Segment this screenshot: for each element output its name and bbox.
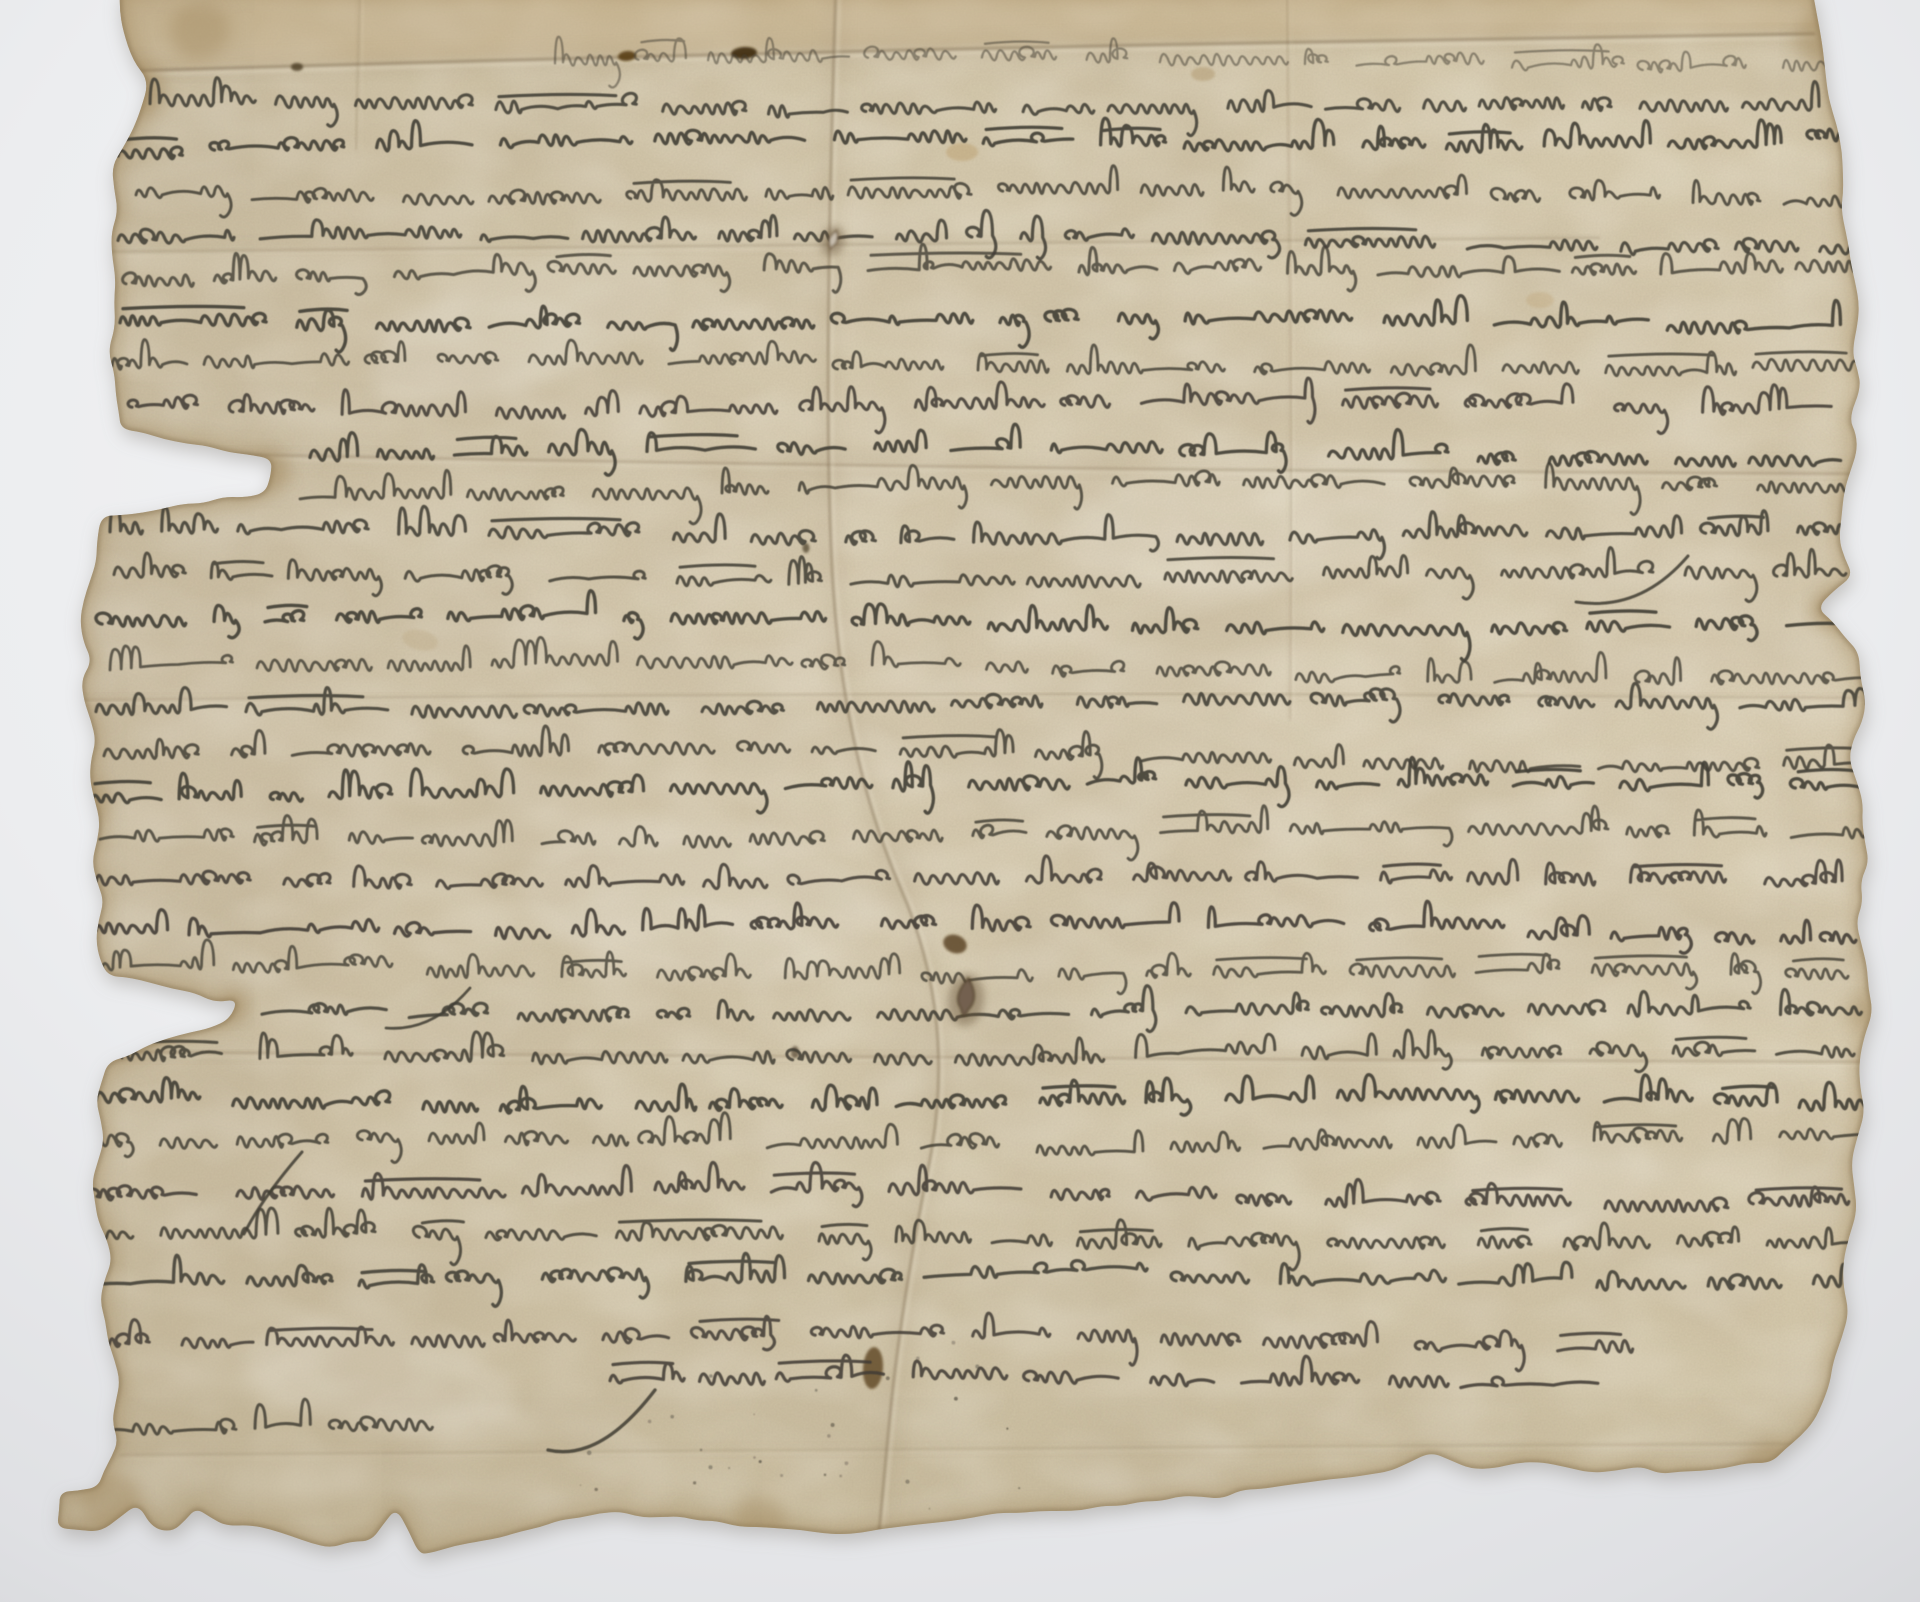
vertical-fold-crease bbox=[1287, 0, 1294, 720]
ink-speckle bbox=[954, 1397, 958, 1401]
ink-speckle bbox=[693, 1481, 696, 1484]
ink-speckle bbox=[827, 1434, 831, 1438]
ink-speckle bbox=[700, 1449, 703, 1452]
ink-speckle bbox=[831, 1423, 835, 1427]
ink-speckle bbox=[648, 1420, 652, 1424]
photo-canvas bbox=[0, 0, 1920, 1602]
ink-speckle bbox=[839, 1475, 842, 1478]
ink-speckle bbox=[587, 1451, 592, 1456]
ink-speckle bbox=[780, 1474, 783, 1477]
ink-speckle bbox=[975, 1365, 979, 1369]
ink-blot-stain bbox=[1191, 67, 1215, 81]
ink-speckle bbox=[580, 1485, 581, 1486]
ink-speckle bbox=[759, 1460, 762, 1463]
manuscript-photo bbox=[0, 0, 1920, 1602]
ink-blot-stain bbox=[946, 143, 978, 161]
ink-speckle bbox=[670, 1415, 674, 1419]
ink-speckle bbox=[728, 1467, 730, 1469]
ink-speckle bbox=[753, 1456, 756, 1459]
ink-speckle bbox=[845, 1461, 849, 1465]
ink-speckle bbox=[824, 1474, 827, 1477]
ink-speckle bbox=[916, 1357, 920, 1361]
ink-speckle bbox=[886, 1376, 890, 1380]
ink-blot-stain bbox=[291, 63, 303, 71]
ink-speckle bbox=[815, 1389, 818, 1392]
parchment-surface bbox=[0, 0, 1920, 1602]
edge-shading bbox=[170, 0, 230, 60]
ink-blot-stain bbox=[1526, 292, 1554, 308]
ink-speckle bbox=[905, 1480, 909, 1484]
ink-speckle bbox=[1018, 1487, 1020, 1489]
ink-speckle bbox=[929, 1508, 931, 1510]
ink-speckle bbox=[1006, 1428, 1008, 1430]
ink-speckle bbox=[709, 1374, 713, 1378]
ink-speckle bbox=[595, 1488, 598, 1491]
ink-speckle bbox=[952, 1341, 956, 1345]
vertical-fold-crease bbox=[356, 0, 363, 150]
ink-speckle bbox=[753, 1414, 755, 1416]
ink-speckle bbox=[709, 1465, 713, 1469]
